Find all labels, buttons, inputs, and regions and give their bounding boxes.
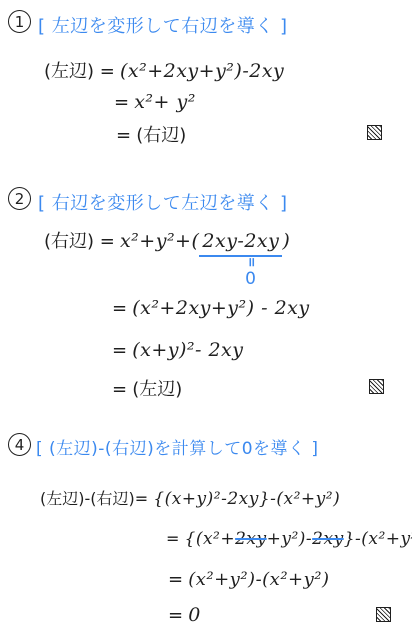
section-4-equation-line-1: (左辺)-(右辺)= {(x+y)²-2xy}-(x²+y²) [40, 486, 340, 509]
expression: ) [282, 230, 290, 252]
struck-term: 2xy [235, 529, 267, 549]
handwritten-math-note-page: 1 [ 左辺を変形して右辺を導く ] (左辺) = (x²+2xy+y²)-2x… [0, 0, 412, 637]
section-4-title: [ (左辺)-(右辺)を計算して0を導く ] [36, 434, 319, 459]
equals-sign: = [114, 92, 129, 113]
equals-sign: = [112, 298, 127, 319]
qed-hatched-square-icon [367, 125, 382, 140]
expression: {(x²+ [185, 529, 236, 549]
lhs-minus-rhs-label: (左辺)-(右辺)= [40, 489, 148, 508]
section-2-title: [ 右辺を変形して左辺を導く ] [38, 189, 288, 215]
expression: (x+y)²- 2xy [132, 339, 243, 361]
section-2-number-badge: 2 [8, 187, 31, 210]
qed-hatched-square-icon [376, 607, 391, 622]
equals-zero-annotation: =0 [245, 256, 256, 288]
equals-sign: = [112, 379, 127, 400]
section-2-equation-line-2: = (x²+2xy+y²) - 2xy [112, 297, 310, 319]
equals-sign: = [168, 605, 183, 626]
section-2-equation-line-3: = (x+y)²- 2xy [112, 339, 244, 361]
expression: }-(x²+y²) [344, 529, 412, 549]
rhs-label: (右辺) [136, 125, 186, 146]
section-2-equation-line-1: (右辺) = x²+y²+(2xy-2xy=0) [44, 227, 290, 257]
section-4-equation-line-3: = (x²+y²)-(x²+y²) [168, 569, 330, 590]
rhs-label: (右辺) = [44, 231, 115, 252]
equals-sign: = [168, 569, 183, 590]
vertical-equals-icon: = [244, 257, 257, 268]
lhs-label: (左辺) = [44, 61, 115, 82]
expression: x²+y²+( [120, 230, 199, 252]
expression: +y²)- [267, 529, 313, 549]
qed-hatched-square-icon [369, 379, 384, 394]
expression: {(x+y)²-2xy}-(x²+y²) [153, 489, 340, 509]
expression: x²+ y² [134, 91, 196, 113]
section-1-equation-line-3: = (右辺) [116, 121, 186, 147]
zero-result: 0 [188, 604, 201, 626]
equals-sign: = [166, 529, 179, 548]
section-1-title: [ 左辺を変形して右辺を導く ] [38, 12, 288, 38]
section-1-number-badge: 1 [8, 10, 31, 33]
expression: (x²+2xy+y²)-2xy [120, 60, 284, 82]
equals-sign: = [116, 125, 131, 146]
zero-value: 0 [245, 271, 256, 288]
section-4-equation-line-4: = 0 [168, 604, 201, 626]
lhs-label: (左辺) [132, 379, 182, 400]
section-1-equation-line-2: = x²+ y² [114, 91, 196, 113]
section-1-equation-line-1: (左辺) = (x²+2xy+y²)-2xy [44, 57, 284, 83]
cancelling-terms-underlined: 2xy-2xy=0 [199, 230, 282, 257]
expression: (x²+2xy+y²) - 2xy [132, 297, 309, 319]
equals-sign: = [112, 340, 127, 361]
section-4-number-badge: 4 [8, 433, 31, 456]
expression: (x²+y²)-(x²+y²) [188, 569, 329, 590]
section-4-equation-line-2: = {(x²+2xy+y²)-2xy}-(x²+y²) [166, 529, 412, 549]
section-2-equation-line-4: = (左辺) [112, 375, 182, 401]
struck-term: 2xy [312, 529, 344, 549]
